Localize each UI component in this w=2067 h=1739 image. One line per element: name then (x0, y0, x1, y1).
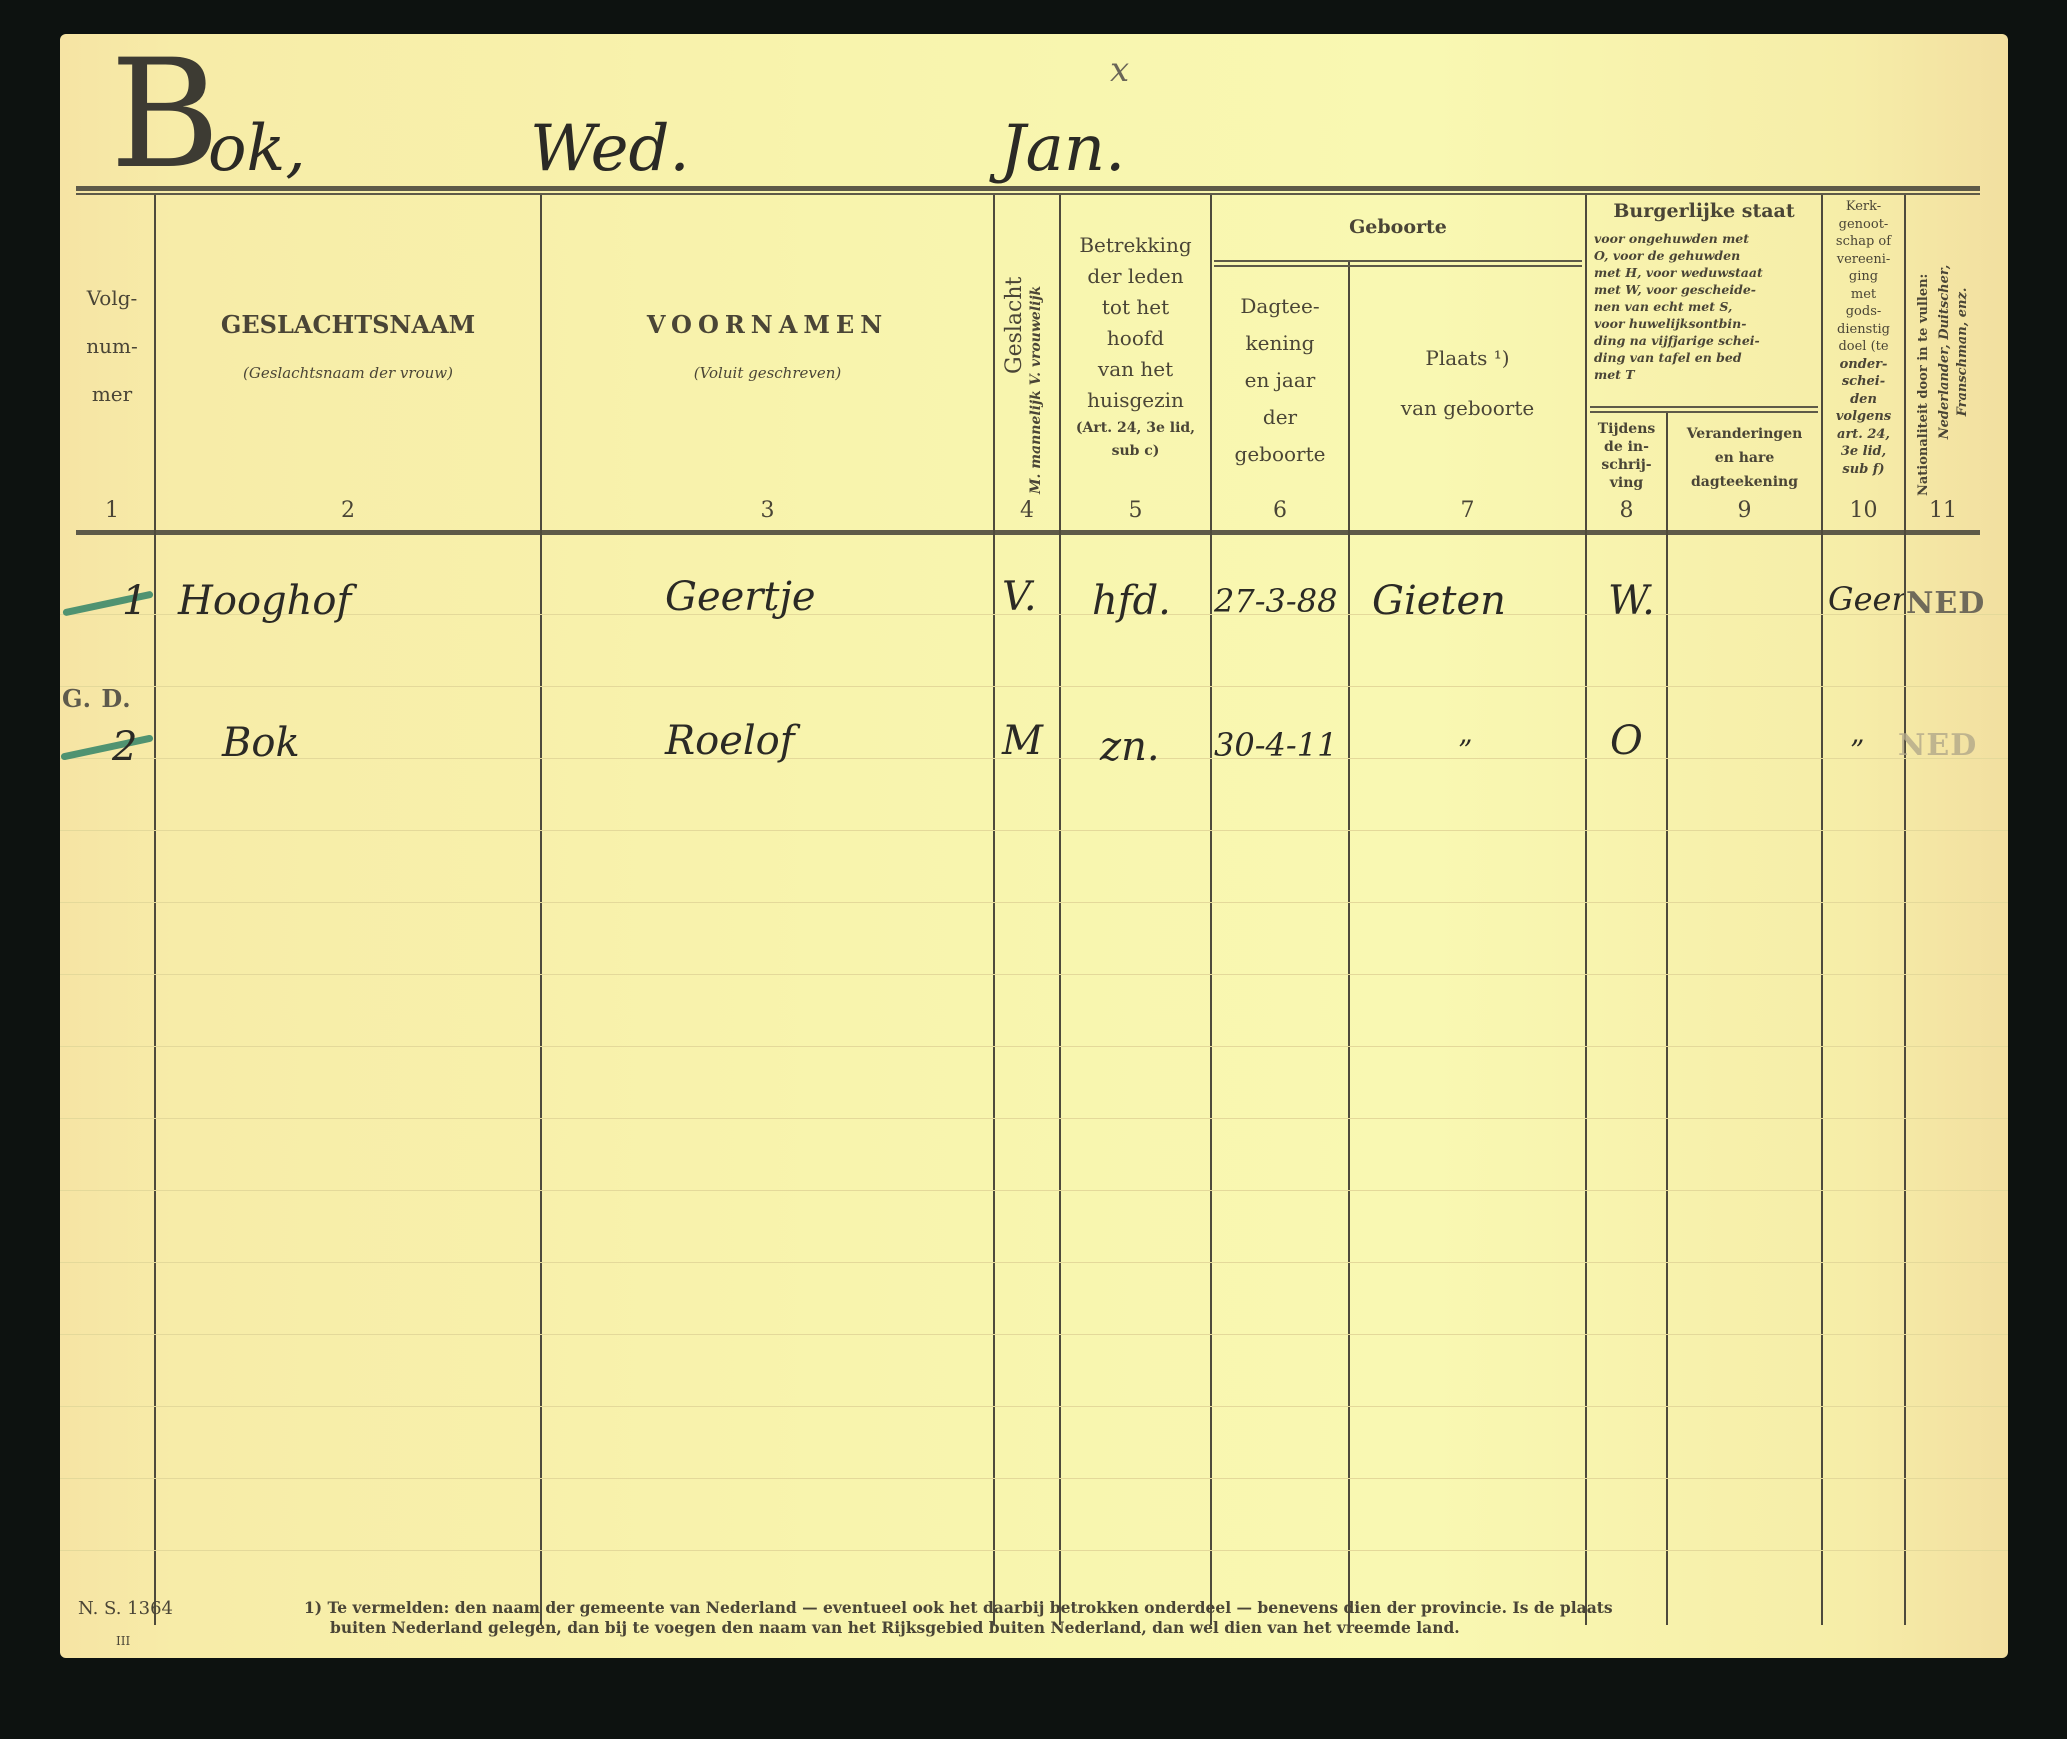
col2-title: GESLACHTSNAAM (156, 310, 540, 339)
note-line: met T (1594, 366, 1818, 383)
col6-line: der (1212, 399, 1348, 436)
surname-initial: B (110, 40, 220, 190)
col-number-5: 5 (1061, 498, 1210, 523)
col5-line: van het (1061, 354, 1210, 385)
green-check-mark (60, 734, 153, 760)
row1-staat: W. (1608, 578, 1655, 624)
row2-geslachtsnaam: Bok (222, 720, 300, 766)
ruled-line (60, 1478, 2008, 1479)
header-surname: ok, (208, 112, 306, 186)
col4-title: Geslacht (1002, 277, 1027, 374)
col-divider-6 (1348, 262, 1350, 1625)
col10-line: onder- (1823, 356, 1904, 374)
ruled-line (60, 1046, 2008, 1047)
col-divider-7 (1585, 195, 1587, 1625)
burg-staat-rule-2 (1590, 411, 1818, 413)
row1-betrekking: hfd. (1092, 578, 1171, 624)
col7-title: Plaats ¹) (1350, 346, 1585, 370)
note-line: nen van echt met S, (1594, 298, 1818, 315)
col-number-9: 9 (1668, 498, 1821, 523)
col6-line: en jaar (1212, 362, 1348, 399)
registration-card: B ok, Wed. Jan. x Volg- num- mer GESLACH… (60, 34, 2008, 1658)
header-status: Wed. (530, 112, 690, 186)
burg-staat-note: voor ongehuwden met O, voor de gehuwden … (1594, 230, 1818, 383)
col-divider-1 (154, 195, 156, 1625)
col-number-8: 8 (1587, 498, 1666, 523)
row1-volgnummer: 1 (122, 578, 147, 624)
col1-header: Volg- num- mer (70, 274, 154, 418)
col5-header: Betrekking der leden tot het hoofd van h… (1061, 230, 1210, 462)
col-divider-3 (993, 195, 995, 1625)
geboorte-rule (1214, 260, 1582, 262)
ruled-line (60, 830, 2008, 831)
col6-header: Dagtee- kening en jaar der geboorte (1212, 288, 1348, 473)
row2-betrekking: zn. (1100, 724, 1160, 770)
col-number-11: 11 (1906, 498, 1980, 523)
col5-line: huisgezin (1061, 385, 1210, 416)
row2-voornamen: Roelof (665, 718, 795, 764)
col5-line: (Art. 24, 3e lid, (1061, 416, 1210, 440)
geboorte-group-header: Geboorte (1212, 216, 1584, 238)
col-divider-8 (1666, 412, 1668, 1625)
col5-line: der leden (1061, 261, 1210, 292)
pencil-mark: x (1110, 50, 1129, 90)
col8-line: Tijdens (1587, 420, 1666, 438)
col4-subtitle: M. mannelijk V. vrouwelijk (1028, 286, 1044, 494)
gd-stamp: G. D. (62, 684, 132, 713)
col10-line: volgens (1823, 408, 1904, 426)
geboorte-rule-2 (1214, 265, 1582, 267)
col5-line: sub c) (1061, 440, 1210, 462)
col-number-2: 2 (156, 498, 540, 523)
ruled-line (60, 974, 2008, 975)
col-number-6: 6 (1212, 498, 1348, 523)
note-line: ding van tafel en bed (1594, 349, 1818, 366)
col9-line: dagteekening (1668, 470, 1821, 494)
col1-line: mer (70, 370, 154, 418)
col10-line: schei- (1823, 373, 1904, 391)
ruled-line (60, 1406, 2008, 1407)
footnote-line-2: buiten Nederland gelegen, dan bij te voe… (304, 1618, 1613, 1638)
form-sub: III (116, 1634, 130, 1648)
col10-line: dienstig (1823, 321, 1904, 339)
col10-line: gods- (1823, 303, 1904, 321)
col-number-10: 10 (1823, 498, 1904, 523)
row1-nationaliteit-stamp: NED (1906, 586, 1985, 621)
row1-geslachtsnaam: Hooghof (178, 578, 351, 624)
col10-line: doel (te (1823, 338, 1904, 356)
header-bottom-rule (76, 530, 1980, 535)
row1-geslacht: V. (1002, 574, 1037, 620)
row2-plaats: ” (1458, 734, 1472, 767)
col5-line: tot het (1061, 292, 1210, 323)
col9-line: en hare (1668, 446, 1821, 470)
burg-staat-rule (1590, 406, 1818, 408)
col8-line: schrij- (1587, 456, 1666, 474)
row1-plaats: Gieten (1372, 578, 1506, 624)
ruled-line (60, 902, 2008, 903)
col1-line: Volg- (70, 274, 154, 322)
col10-line: art. 24, (1823, 426, 1904, 444)
col-number-4: 4 (995, 498, 1059, 523)
col3-title: VOORNAMEN (542, 310, 993, 339)
footnote: 1) Te vermelden: den naam der gemeente v… (304, 1598, 1613, 1638)
col6-line: geboorte (1212, 436, 1348, 473)
col10-line: vereeni- (1823, 251, 1904, 269)
top-rule (76, 186, 1980, 191)
ruled-line (60, 1334, 2008, 1335)
col10-line: sub f) (1823, 461, 1904, 479)
col-divider-2 (540, 195, 542, 1625)
note-line: met W, voor gescheide- (1594, 281, 1818, 298)
top-rule-thin (76, 193, 1980, 195)
burg-staat-header: Burgerlijke staat (1587, 200, 1821, 222)
col10-line: ging (1823, 268, 1904, 286)
col10-line: met (1823, 286, 1904, 304)
row2-datum: 30-4-11 (1214, 726, 1337, 764)
ruled-line (60, 1550, 2008, 1551)
col6-line: Dagtee- (1212, 288, 1348, 325)
col11-subtitle: Nederlander, Duitscher, Franschman, enz. (1936, 222, 1972, 482)
ruled-line (60, 1262, 2008, 1263)
col9-header: Veranderingen en hare dagteekening (1668, 422, 1821, 494)
col10-line: den (1823, 391, 1904, 409)
note-line: voor ongehuwden met (1594, 230, 1818, 247)
note-line: met H, voor weduwstaat (1594, 264, 1818, 281)
col-divider-10 (1904, 195, 1906, 1625)
col8-line: ving (1587, 474, 1666, 492)
col11-title: Nationaliteit door in te vullen: (1916, 274, 1931, 496)
row2-staat: O (1610, 718, 1643, 764)
row1-kerk: Geen (1828, 580, 1904, 618)
header-given-name: Jan. (1000, 112, 1125, 186)
row2-nationaliteit-stamp: NED (1898, 728, 1977, 763)
ruled-line (60, 686, 2008, 687)
ruled-line (60, 1118, 2008, 1119)
col10-line: genoot- (1823, 216, 1904, 234)
note-line: voor huwelijksontbin- (1594, 315, 1818, 332)
form-code: N. S. 1364 (78, 1598, 173, 1619)
col8-line: de in- (1587, 438, 1666, 456)
col9-line: Veranderingen (1668, 422, 1821, 446)
col-number-1: 1 (70, 498, 154, 523)
row1-datum: 27-3-88 (1214, 582, 1337, 620)
col8-header: Tijdens de in- schrij- ving (1587, 420, 1666, 492)
form-code-text: N. S. 1364 (78, 1598, 173, 1619)
col6-line: kening (1212, 325, 1348, 362)
col10-line: Kerk- (1823, 198, 1904, 216)
row1-voornamen: Geertje (665, 574, 816, 620)
col2-subtitle: (Geslachtsnaam der vrouw) (156, 364, 540, 382)
col10-header: Kerk- genoot- schap of vereeni- ging met… (1823, 198, 1904, 478)
col3-subtitle: (Voluit geschreven) (542, 364, 993, 382)
ruled-line (60, 1190, 2008, 1191)
col5-line: Betrekking (1061, 230, 1210, 261)
col7-subtitle: van geboorte (1350, 396, 1585, 420)
col10-line: schap of (1823, 233, 1904, 251)
col5-line: hoofd (1061, 323, 1210, 354)
col-number-7: 7 (1350, 498, 1585, 523)
row2-volgnummer: 2 (112, 724, 137, 770)
row2-kerk: ” (1850, 734, 1864, 767)
col10-line: 3e lid, (1823, 443, 1904, 461)
footnote-line-1: 1) Te vermelden: den naam der gemeente v… (304, 1598, 1613, 1618)
row2-geslacht: M (1002, 718, 1043, 764)
col1-line: num- (70, 322, 154, 370)
col-number-3: 3 (542, 498, 993, 523)
note-line: ding na vijfjarige schei- (1594, 332, 1818, 349)
note-line: O, voor de gehuwden (1594, 247, 1818, 264)
